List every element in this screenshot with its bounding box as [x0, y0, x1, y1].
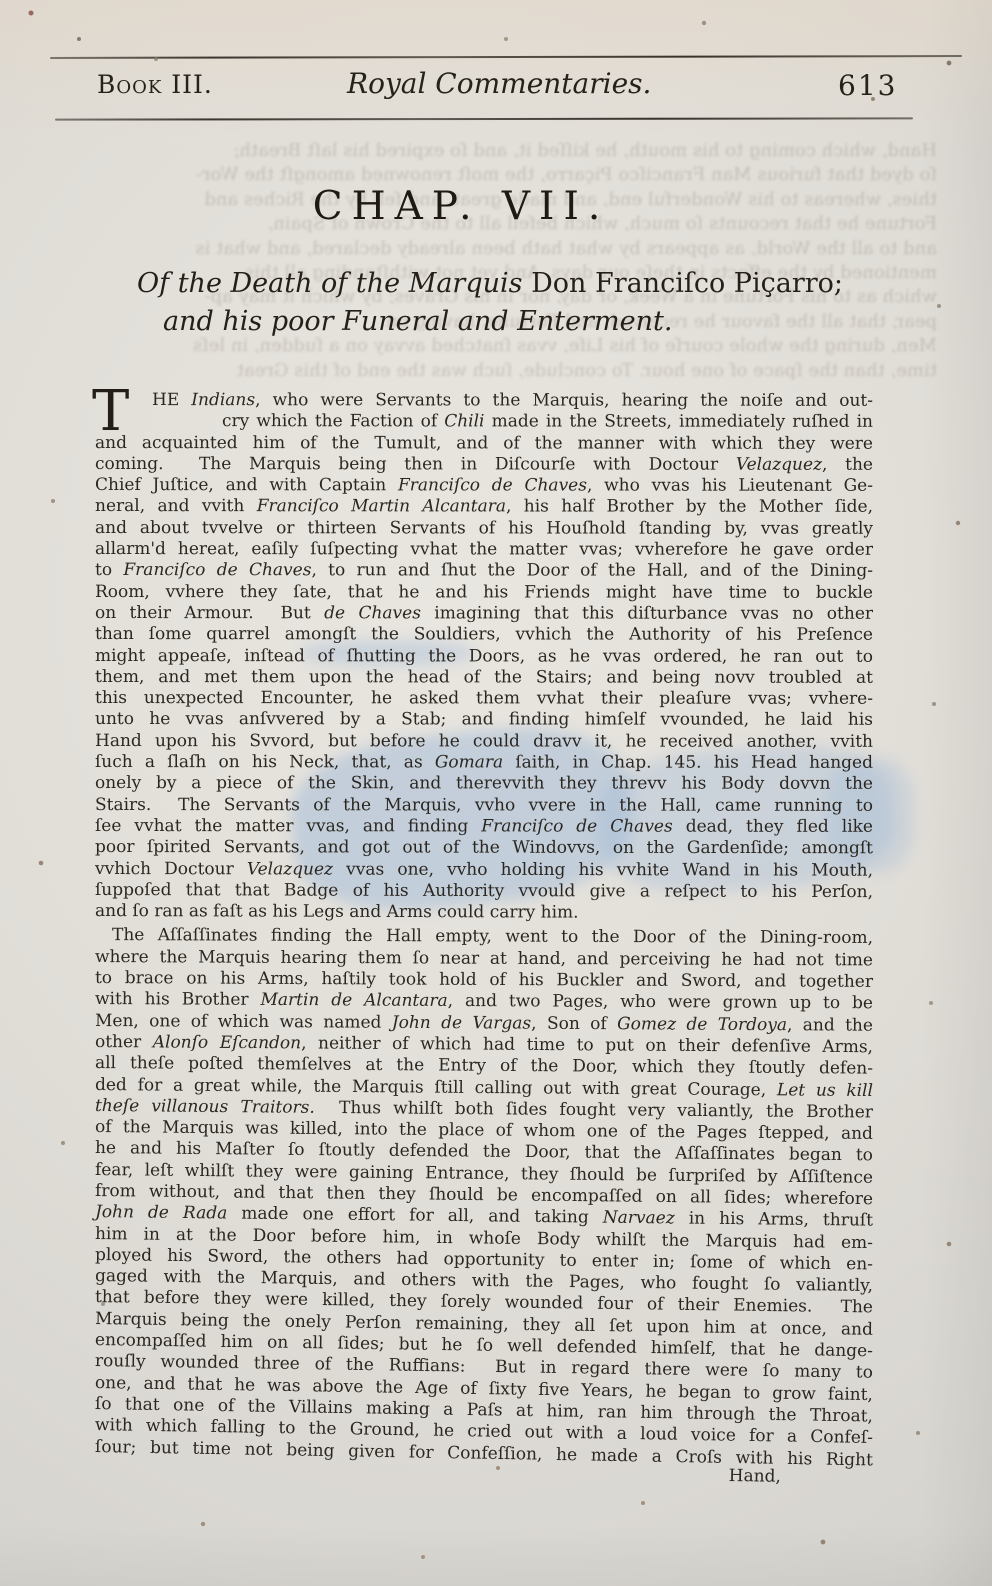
text-line: to Franciſco de Chaves, to run and ſhut … [95, 560, 873, 582]
chapter-subtitle-line2: and his poor Funeral and Enterment. [95, 306, 953, 337]
text-line: on their Armour. But de Chaves imagining… [95, 603, 873, 625]
subtitle-italic-part: Of the Death of the Marquis [137, 268, 531, 299]
body-text: T HE Indians, who were Servants to the M… [95, 390, 873, 1458]
head-rule [50, 55, 962, 59]
chapter-subtitle-line1: Of the Death of the Marquis Don Franciſc… [95, 268, 885, 299]
paragraph: The Aſſaſſinates finding the Hall empty,… [95, 925, 873, 1457]
chapter-heading: CHAP. VII. [0, 184, 957, 229]
bleedthrough-line: Hand, which coming to his mouth, he kiſſ… [92, 139, 937, 163]
text-line: cry which the Faction of Chili made in t… [95, 411, 873, 433]
text-line: ſuch a ſlaſh on his Neck, that, as Gomar… [95, 752, 873, 774]
text-line: ſuppoſed that that Badge of his Authorit… [95, 880, 873, 903]
head-underline-rule [55, 117, 913, 121]
text-line: ſee vvhat the matter vvas, and finding F… [95, 816, 873, 838]
subtitle-roman-part: Don Franciſco Piçarro; [531, 268, 843, 299]
bleedthrough-line: and to all the World, as appears by what… [92, 237, 937, 261]
text-line: Room, vvhere they ſate, that he and his … [95, 582, 873, 604]
text-line: coming. The Marquis being then in Diſcou… [95, 454, 873, 476]
text-line: vvhich Doctour Velazquez vvas one, vvho … [95, 859, 873, 882]
text-line: poor ſpirited Servants, and got out of t… [95, 837, 873, 860]
text-line: onely by a piece of the Skin, and therev… [95, 773, 873, 795]
text-line: and ſo ran as faſt as his Legs and Arms … [95, 901, 873, 925]
running-head-title: Royal Commentaries. [347, 67, 651, 100]
text-line: unto he vvas anſvvered by a Stab; and fi… [95, 709, 873, 731]
text-line: The Aſſaſſinates finding the Hall empty,… [95, 925, 873, 949]
text-line: Hand upon his Svvord, but before he coul… [95, 731, 873, 753]
text-line: them, and met them upon the head of the … [95, 667, 873, 689]
text-line: this unexpected Encounter, he asked them… [95, 688, 873, 710]
text-line: neral, and vvith Franciſco Martin Alcant… [95, 496, 873, 518]
running-head-book: Book III. [97, 70, 213, 99]
text-line: Stairs. The Servants of the Marquis, vvh… [95, 795, 873, 817]
paragraph: HE Indians, who were Servants to the Mar… [95, 390, 873, 922]
page-number: 613 [838, 69, 897, 102]
text-line: allarm'd hereat, eaſily ſuſpecting vvhat… [95, 539, 873, 561]
text-line: and about tvvelve or thirteen Servants o… [95, 518, 873, 540]
text-line: might appeaſe, inſtead of ſhutting the D… [95, 646, 873, 668]
text-line: Chief Juſtice, and with Captain Franciſc… [95, 475, 873, 497]
book-page-scan: Hand, which coming to his mouth, he kiſſ… [0, 0, 992, 1586]
text-line: and acquainted him of the Tumult, and of… [95, 433, 873, 455]
bleedthrough: Hand, which coming to his mouth, he kiſſ… [92, 139, 937, 383]
text-line: HE Indians, who were Servants to the Mar… [95, 390, 873, 412]
text-line: than ſome quarrel amongſt the Souldiers,… [95, 624, 873, 646]
bleedthrough-line: Men, during the whole courſe of his Life… [92, 334, 937, 358]
bleedthrough-line: time, than the ſpace of one hour. To con… [92, 359, 937, 383]
foxing-specks [0, 0, 2, 2]
